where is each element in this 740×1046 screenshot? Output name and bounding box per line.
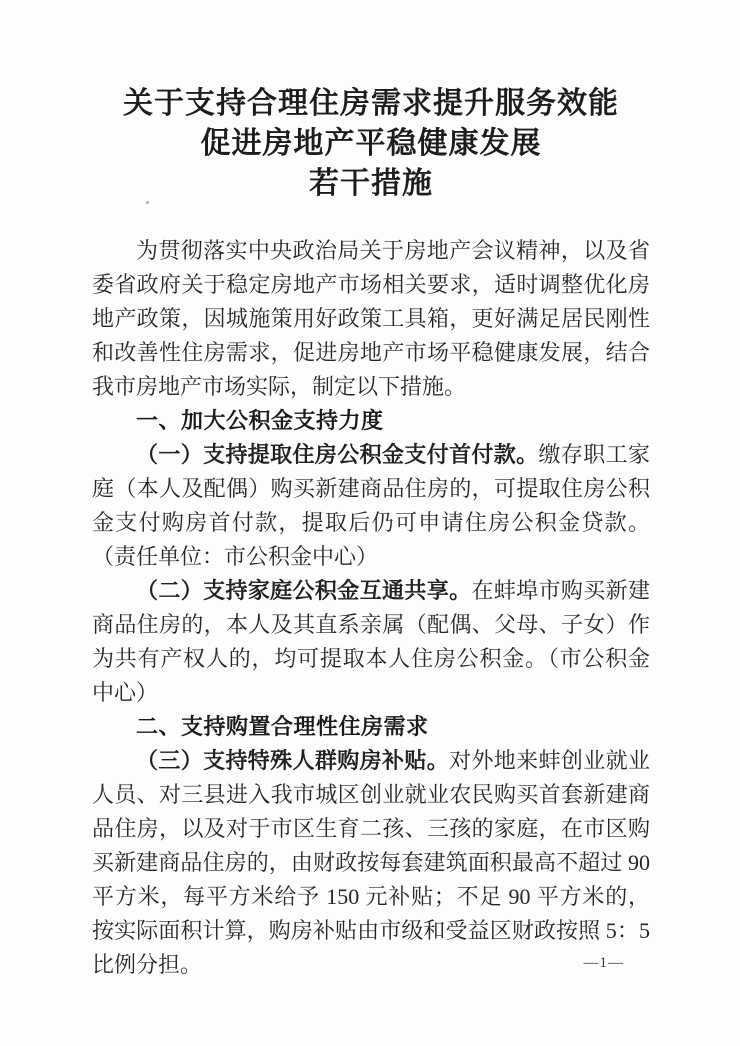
clause-3-paragraph: （三）支持特殊人群购房补贴。对外地来蚌创业就业人员、对三县进入我市城区创业就业农… — [92, 744, 650, 982]
clause-1-lead: （一）支持提取住房公积金支付首付款。 — [136, 442, 539, 467]
document-title: 关于支持合理住房需求提升服务效能 促进房地产平稳健康发展 若干措施 — [92, 84, 650, 204]
clause-3-lead: （三）支持特殊人群购房补贴。 — [136, 748, 449, 773]
section-2-heading: 二、支持购置合理性住房需求 — [92, 710, 650, 744]
document-content: 关于支持合理住房需求提升服务效能 促进房地产平稳健康发展 若干措施 为贯彻落实中… — [92, 0, 650, 982]
clause-2-paragraph: （二）支持家庭公积金互通共享。在蚌埠市购买新建商品住房的，本人及其直系亲属（配偶… — [92, 574, 650, 710]
scanned-document-page: 关于支持合理住房需求提升服务效能 促进房地产平稳健康发展 若干措施 为贯彻落实中… — [0, 0, 740, 1046]
title-line-2: 促进房地产平稳健康发展 — [92, 124, 650, 164]
title-line-3: 若干措施 — [92, 164, 650, 204]
clause-1-paragraph: （一）支持提取住房公积金支付首付款。缴存职工家庭（本人及配偶）购买新建商品住房的… — [92, 438, 650, 574]
section-1-heading: 一、加大公积金支持力度 — [92, 404, 650, 438]
clause-2-lead: （二）支持家庭公积金互通共享。 — [136, 578, 471, 603]
document-body: 为贯彻落实中央政治局关于房地产会议精神，以及省委省政府关于稳定房地产市场相关要求… — [92, 234, 650, 982]
page-number: —1— — [584, 955, 625, 972]
title-line-1: 关于支持合理住房需求提升服务效能 — [92, 84, 650, 124]
intro-paragraph: 为贯彻落实中央政治局关于房地产会议精神，以及省委省政府关于稳定房地产市场相关要求… — [92, 234, 650, 404]
clause-3-text: 对外地来蚌创业就业人员、对三县进入我市城区创业就业农民购买首套新建商品住房，以及… — [92, 748, 650, 977]
